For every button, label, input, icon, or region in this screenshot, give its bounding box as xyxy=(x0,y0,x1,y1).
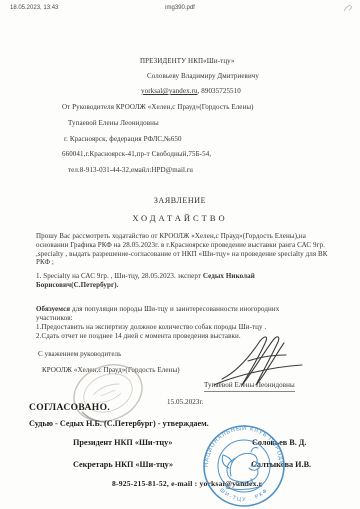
petition-item-1-text: 1. Specialty на САС 9гр. , Ши-тцу, 28.05… xyxy=(36,272,203,280)
sender-line-2: Тупаевой Елены Леонидовны xyxy=(68,119,159,128)
obligation-intro: Обязуемся для популяции породы Ши-тцу и … xyxy=(36,305,288,323)
document-title-petition: ХОДАТАЙСТВО xyxy=(0,213,360,223)
stamp-ring-text-top: НАЦИОНАЛЬНЫЙ КЛУБ ПОРОДЫ xyxy=(204,424,284,467)
judge-approval-line: Судью - Седых Н.Б. (С.Петербург) - утвер… xyxy=(29,419,209,428)
print-header-filename: img390.pdf xyxy=(0,5,360,11)
recipient-email-link[interactable]: yorksal@yandex.ru xyxy=(141,87,198,95)
sender-line-1: От Руководителя КРООЛЖ «Хелен,с Прауд»(Г… xyxy=(62,103,254,112)
recipient-line-2: Соловьеву Владимиру Дмитриевичу xyxy=(147,72,259,81)
agreed-label: СОГЛАСОВАНО. xyxy=(29,403,110,413)
recipient-phone: , 89035725510 xyxy=(198,87,241,95)
signature-date: 15.05.2023г. xyxy=(167,398,204,407)
document-title-statement: ЗАЯВЛЕНИЕ xyxy=(0,196,360,205)
petition-paragraph: Прошу Вас рассмотреть ходатайство от КРО… xyxy=(36,232,336,267)
secretary-label: Секретарь НКП «Ши-тцу» xyxy=(73,460,173,469)
sender-line-5: тел.8-913-031-44-32,емайл:HPD@mail.ru xyxy=(68,166,193,175)
sender-line-4: 660041,г.Красноярск-41,пр-т Свободный,75… xyxy=(62,150,211,159)
recipient-contact-line: yorksal@yandex.ru, 89035725510 xyxy=(141,87,241,96)
obligation-item-1: 1.Предоставить на экспертизу должное кол… xyxy=(36,323,266,332)
signatory-name: Тупаевой Елены Леонидовны xyxy=(204,381,295,392)
president-label: Президент НКП «Ши-тцу» xyxy=(73,438,173,447)
petition-item-1: 1. Specialty на САС 9гр. , Ши-тцу, 28.05… xyxy=(36,272,306,290)
recipient-line-1: ПРЕЗИДЕНТУ НКП«Ши-тцу» xyxy=(140,57,235,66)
obligation-lead: Обязуемся xyxy=(36,305,70,313)
club-stamp: НАЦИОНАЛЬНЫЙ КЛУБ ПОРОДЫ ШИ-ТЦУ . РКФ xyxy=(199,424,289,509)
shih-tzu-dog-icon xyxy=(222,448,262,490)
sender-line-3: г. Красноярск, федерация РФЛС,№650 xyxy=(64,135,182,144)
scanned-document-page: 18.05.2023, 13:43 img390.pdf ПРЕЗИДЕНТУ … xyxy=(0,0,360,509)
obligation-rest: для популяции породы Ши-тцу и заинтересо… xyxy=(36,305,279,322)
pen-mark xyxy=(342,2,356,14)
